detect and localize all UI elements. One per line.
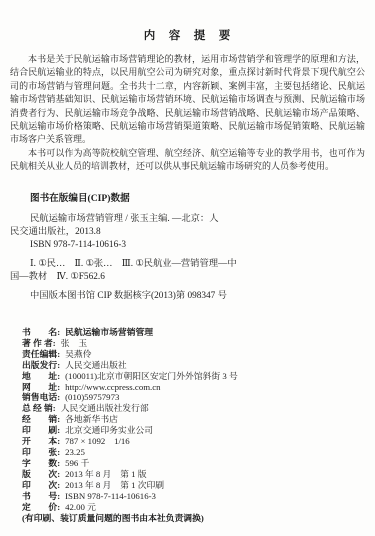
- colophon-row-label: 定 价:: [22, 502, 60, 513]
- colophon-row: 印 刷: 北京交通印务实业公司: [22, 425, 367, 436]
- colophon-row-value: http://www.ccpress.com.cn: [65, 382, 160, 393]
- colophon-row: 印 张: 23.25: [22, 447, 367, 458]
- colophon-row: 字 数: 596 千: [22, 458, 367, 469]
- cip-section: 图书在版编目(CIP)数据 民航运输市场营销管理 / 张玉主编. —北京：人民交…: [10, 190, 365, 303]
- colophon-row-label: 字 数:: [22, 458, 60, 469]
- colophon-row-value: 42.00 元: [65, 502, 96, 513]
- colophon-row-label: 地 址:: [22, 371, 60, 382]
- colophon-row-label: 印 刷:: [22, 425, 60, 436]
- colophon-row-label: 网 址:: [22, 382, 60, 393]
- colophon-row-label: 经 销:: [22, 414, 60, 425]
- colophon-row: 版 次: 2013 年 8 月 第 1 版: [22, 469, 367, 480]
- colophon-row: 书 号: ISBN 978-7-114-10616-3: [22, 491, 367, 502]
- colophon-row-value: (010)59757973: [65, 392, 119, 403]
- book-copyright-page: 内 容 提 要 本书是关于民航运输市场营销理论的教材，运用市场营销学和管理学的原…: [0, 0, 375, 536]
- colophon-row-value: 张 玉: [61, 338, 87, 349]
- colophon-row-label: 出版发行:: [22, 360, 60, 371]
- colophon-row-value: 吴燕伶: [65, 349, 91, 360]
- cip-line: Ⅰ. ①民… Ⅱ. ①张… Ⅲ. ①民航业—营销管理—中: [30, 258, 365, 271]
- colophon-row-value: 民航运输市场营销管理: [65, 327, 153, 338]
- colophon-row-value: 2013 年 8 月 第 1 版: [65, 469, 146, 480]
- colophon-row-label: 印 张:: [22, 447, 60, 458]
- colophon-row-label: 版 次:: [22, 469, 60, 480]
- colophon-row-label: 总 经 销:: [22, 403, 56, 414]
- colophon-row-value: (100011)北京市朝阳区安定门外外馆斜街 3 号: [65, 371, 238, 382]
- colophon-row-value: 596 千: [65, 458, 89, 469]
- colophon-row-value: 23.25: [65, 447, 85, 458]
- abstract-title: 内 容 提 要: [10, 27, 365, 43]
- abstract-paragraph: 本书可以作为高等院校航空管理、航空经济、航空运输等专业的教学用书，也可作为民航相…: [10, 147, 365, 174]
- cip-line: 民交通出版社，2013.8: [10, 226, 365, 239]
- colophon-row: 总 经 销: 人民交通出版社发行部: [22, 403, 367, 414]
- colophon-section: 书 名: 民航运输市场营销管理 著 作 者: 张 玉 责任编辑: 吴燕伶 出版发…: [22, 327, 367, 524]
- colophon-row: 书 名: 民航运输市场营销管理: [22, 327, 367, 338]
- colophon-row-value: 人民交通出版社: [65, 360, 127, 371]
- colophon-row: 出版发行: 人民交通出版社: [22, 360, 367, 371]
- abstract-section: 内 容 提 要 本书是关于民航运输市场营销理论的教材，运用市场营销学和管理学的原…: [10, 27, 365, 174]
- cip-line: 中国版本图书馆 CIP 数据核字(2013)第 098347 号: [30, 290, 365, 303]
- colophon-row: 印 次: 2013 年 8 月 第 1 次印刷: [22, 480, 367, 491]
- colophon-row-value: 787 × 1092 1/16: [65, 436, 130, 447]
- colophon-row-label: 印 次:: [22, 480, 60, 491]
- colophon-row-value: 2013 年 8 月 第 1 次印刷: [65, 480, 164, 491]
- cip-line: 民航运输市场营销管理 / 张玉主编. —北京：人: [30, 213, 365, 226]
- colophon-row: 经 销: 各地新华书店: [22, 414, 367, 425]
- colophon-row-label: 书 名:: [22, 327, 60, 338]
- colophon-row-label: 销售电话:: [22, 392, 60, 403]
- cip-line: 国—教材 Ⅳ. ①F562.6: [10, 271, 365, 284]
- colophon-row: 开 本: 787 × 1092 1/16: [22, 436, 367, 447]
- colophon-row: 地 址: (100011)北京市朝阳区安定门外外馆斜街 3 号: [22, 371, 367, 382]
- colophon-row-label: 开 本:: [22, 436, 60, 447]
- colophon-row-label: 书 号:: [22, 491, 60, 502]
- colophon-row-value: ISBN 978-7-114-10616-3: [65, 491, 156, 502]
- colophon-row: 著 作 者: 张 玉: [22, 338, 367, 349]
- colophon-row: 销售电话: (010)59757973: [22, 392, 367, 403]
- cip-heading: 图书在版编目(CIP)数据: [30, 190, 365, 204]
- colophon-row-value: 北京交通印务实业公司: [65, 425, 153, 436]
- colophon-row: 网 址: http://www.ccpress.com.cn: [22, 382, 367, 393]
- abstract-paragraph: 本书是关于民航运输市场营销理论的教材，运用市场营销学和管理学的原理和方法，结合民…: [10, 53, 365, 147]
- colophon-row-label: 著 作 者:: [22, 338, 56, 349]
- colophon-quality-note: (有印刷、装订质量问题的图书由本社负责调换): [22, 513, 367, 524]
- colophon-row: 责任编辑: 吴燕伶: [22, 349, 367, 360]
- colophon-row-value: 人民交通出版社发行部: [61, 403, 149, 414]
- colophon-row: 定 价: 42.00 元: [22, 502, 367, 513]
- cip-line: ISBN 978-7-114-10616-3: [30, 239, 365, 252]
- colophon-row-value: 各地新华书店: [65, 414, 118, 425]
- colophon-row-label: 责任编辑:: [22, 349, 60, 360]
